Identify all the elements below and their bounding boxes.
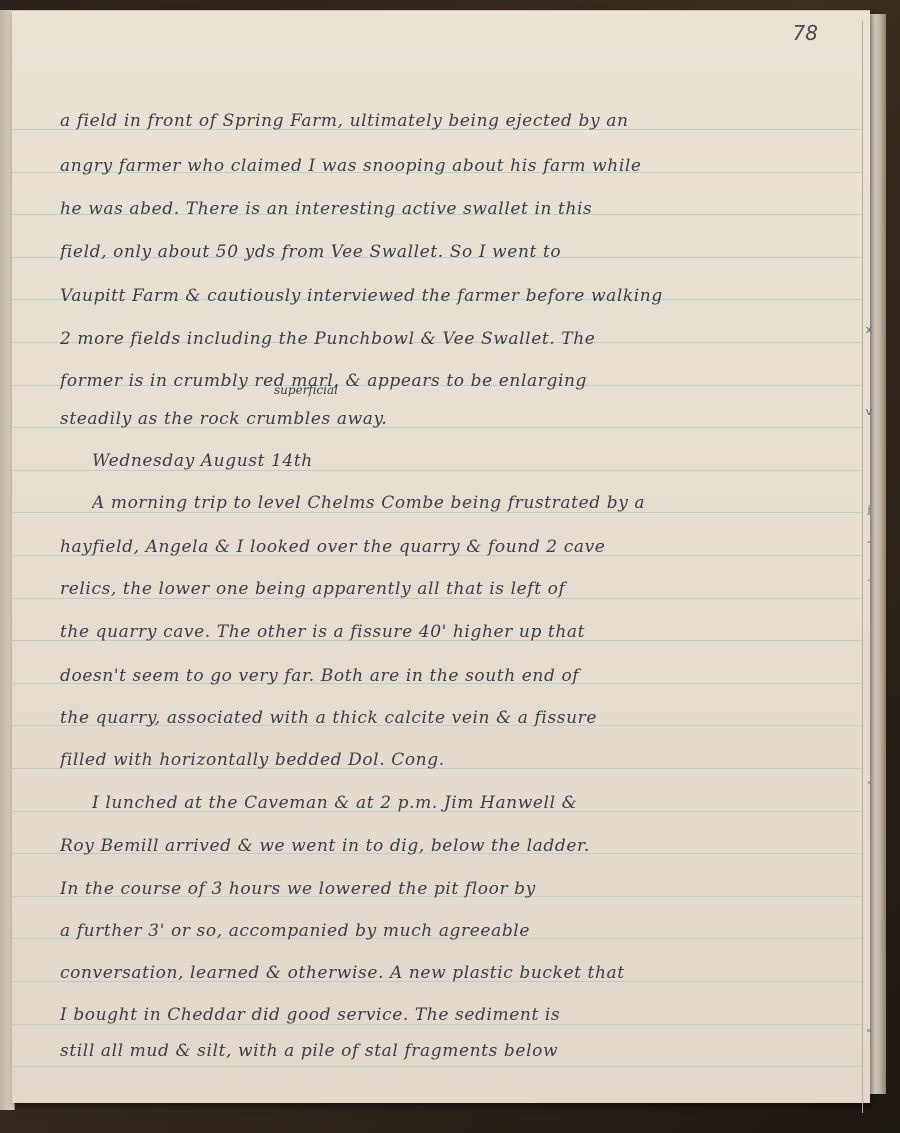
text-line: angry farmer who claimed I was snooping …	[60, 156, 860, 176]
text-line: still all mud & silt, with a pile of sta…	[60, 1041, 860, 1061]
text-line: 2 more fields including the Punchbowl & …	[60, 329, 860, 349]
entry-date-heading: Wednesday August 14th	[92, 451, 892, 471]
text-line: I lunched at the Caveman & at 2 p.m. Jim…	[92, 793, 892, 813]
text-line: a field in front of Spring Farm, ultimat…	[60, 111, 860, 131]
text-line: relics, the lower one being apparently a…	[60, 579, 860, 599]
text-line: Vaupitt Farm & cautiously interviewed th…	[60, 286, 860, 306]
text-line: In the course of 3 hours we lowered the …	[60, 879, 860, 899]
margin-mark: x	[862, 323, 876, 336]
text-line: the quarry cave. The other is a fissure …	[60, 622, 860, 642]
margin-rule	[862, 21, 863, 1113]
text-line: A morning trip to level Chelms Combe bei…	[92, 493, 892, 513]
text-line: field, only about 50 yds from Vee Swalle…	[60, 242, 860, 262]
text-line: a further 3' or so, accompanied by much …	[60, 921, 860, 941]
margin-mark: "	[862, 1027, 876, 1040]
margin-mark: -	[862, 535, 876, 548]
text-line: I bought in Cheddar did good service. Th…	[60, 1005, 860, 1025]
text-line: the quarry, associated with a thick calc…	[60, 708, 860, 728]
margin-mark: '	[862, 779, 876, 792]
margin-mark: .	[862, 571, 876, 584]
page-number: 78	[793, 21, 818, 45]
text-line: hayfield, Angela & I looked over the qua…	[60, 537, 860, 557]
text-line: conversation, learned & otherwise. A new…	[60, 963, 860, 983]
ruled-line	[12, 1066, 862, 1067]
text-line: Roy Bemill arrived & we went in to dig, …	[60, 836, 860, 856]
text-line: he was abed. There is an interesting act…	[60, 199, 860, 219]
text-line: former is in crumbly red marl, & appears…	[60, 371, 860, 391]
margin-mark: v	[862, 405, 876, 418]
text-line: doesn't seem to go very far. Both are in…	[60, 666, 860, 686]
inserted-word: superficial	[274, 383, 338, 397]
notebook-page: 78 a field in front of Spring Farm, ulti…	[12, 10, 870, 1103]
text-line: steadily as the rock crumbles away.	[60, 409, 860, 429]
margin-mark: j	[862, 503, 876, 516]
text-line: filled with horizontally bedded Dol. Con…	[60, 750, 860, 770]
